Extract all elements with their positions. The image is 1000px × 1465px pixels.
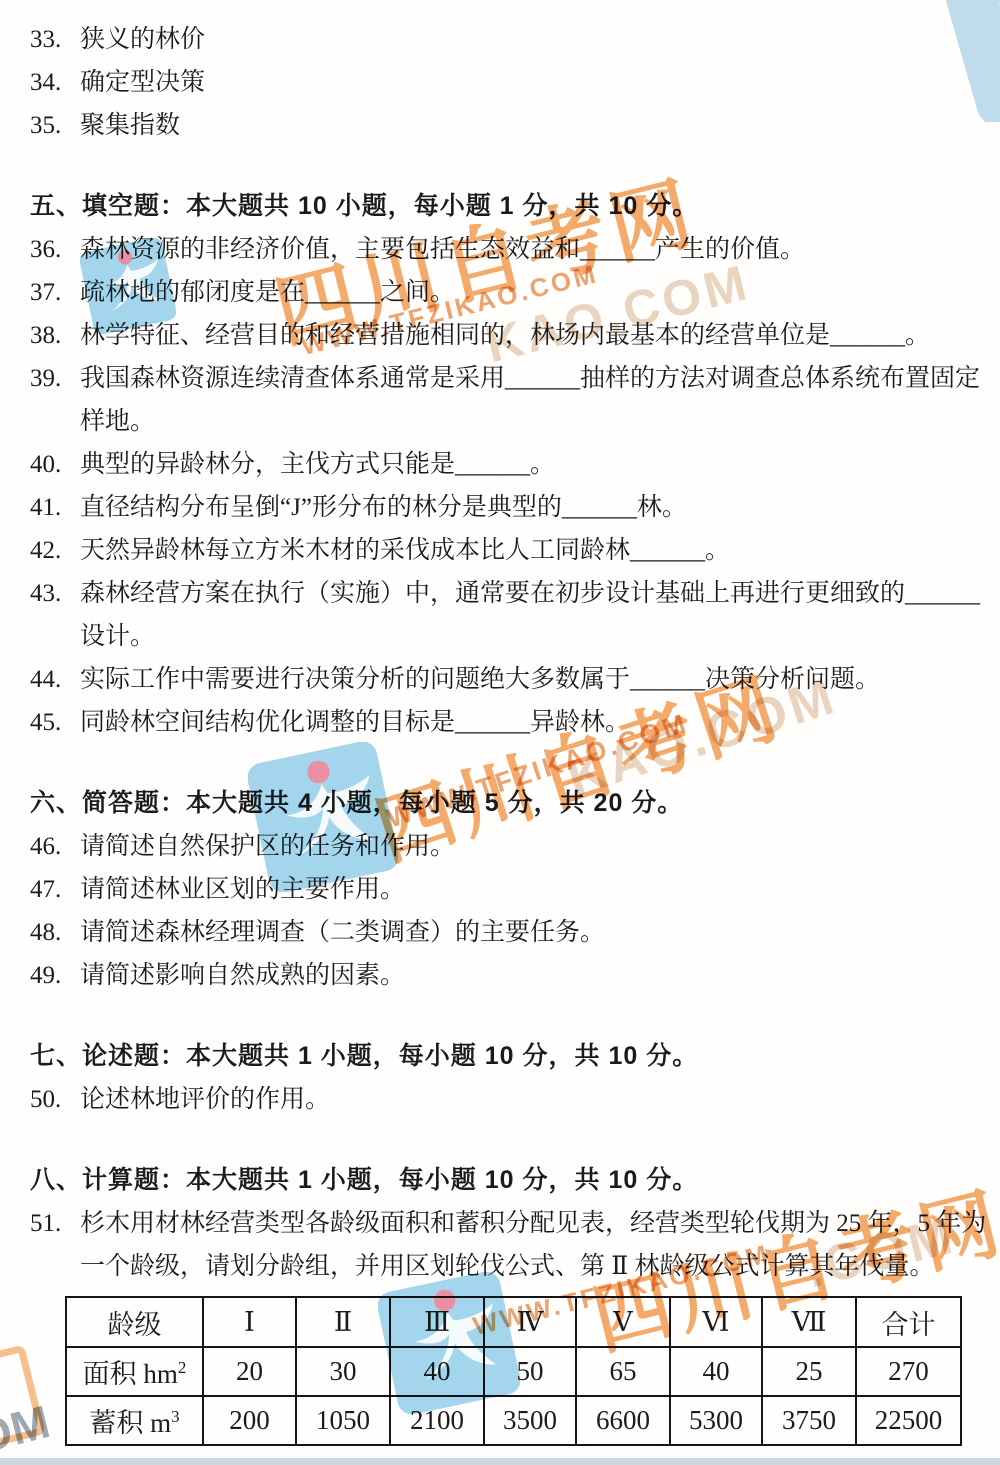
question-line: 设计。 [30,615,990,658]
section-header: 五、填空题：本大题共 10 小题，每小题 1 分，共 10 分。 [30,185,990,228]
line-text: 实际工作中需要进行决策分析的问题绝大多数属于______决策分析问题。 [80,658,990,701]
line-text: 论述林地评价的作用。 [80,1078,990,1121]
line-text: 狭义的林价 [80,18,990,61]
section-header: 八、计算题：本大题共 1 小题，每小题 10 分，共 10 分。 [30,1159,990,1202]
question-line: 48.请简述森林经理调查（二类调查）的主要任务。 [30,911,990,954]
question-line: 33.狭义的林价 [30,18,990,61]
section-header: 七、论述题：本大题共 1 小题，每小题 10 分，共 10 分。 [30,1035,990,1078]
table-header-cell: Ⅲ [390,1297,484,1347]
section-header: 六、简答题：本大题共 4 小题，每小题 5 分，共 20 分。 [30,782,990,825]
question-number: 37. [30,271,80,314]
question-line: 45.同龄林空间结构优化调整的目标是______异龄林。 [30,701,990,744]
line-text: 样地。 [80,400,990,443]
line-text: 请简述林业区划的主要作用。 [80,868,990,911]
question-number: 46. [30,825,80,868]
question-line: 37.疏林地的郁闭度是在______之间。 [30,271,990,314]
table-header-row: 龄级ⅠⅡⅢⅣⅤⅥⅦ合计 [66,1297,961,1347]
line-text: 我国森林资源连续清查体系通常是采用______抽样的方法对调查总体系统布置固定 [80,357,990,400]
question-number: 35. [30,104,80,147]
line-text: 请简述影响自然成熟的因素。 [80,954,990,997]
question-number: 47. [30,868,80,911]
question-line: 38.林学特征、经营目的和经营措施相同的，林场内最基本的经营单位是______。 [30,314,990,357]
question-number [30,1245,80,1288]
question-line: 35.聚集指数 [30,104,990,147]
question-number: 44. [30,658,80,701]
question-line: 46.请简述自然保护区的任务和作用。 [30,825,990,868]
question-number: 51. [30,1202,80,1245]
question-number: 49. [30,954,80,997]
line-text: 一个龄级，请划分龄组，并用区划轮伐公式、第 Ⅱ 林龄级公式计算其年伐量。 [80,1245,990,1288]
question-line: 49.请简述影响自然成熟的因素。 [30,954,990,997]
question-line: 39.我国森林资源连续清查体系通常是采用______抽样的方法对调查总体系统布置… [30,357,990,400]
value-cell: 5300 [670,1396,762,1445]
question-number: 36. [30,228,80,271]
value-cell: 270 [856,1347,961,1396]
line-text: 请简述森林经理调查（二类调查）的主要任务。 [80,911,990,954]
question-line: 36.森林资源的非经济价值，主要包括生态效益和______产生的价值。 [30,228,990,271]
table-header-cell: 合计 [856,1297,961,1347]
question-line: 样地。 [30,400,990,443]
line-text: 六、简答题：本大题共 4 小题，每小题 5 分，共 20 分。 [30,782,990,825]
document-lines: 33.狭义的林价34.确定型决策35.聚集指数五、填空题：本大题共 10 小题，… [30,18,990,1446]
question-number: 40. [30,443,80,486]
line-text: 直径结构分布呈倒“J”形分布的林分是典型的______林。 [80,486,990,529]
table-row: 蓄积 m320010502100350066005300375022500 [66,1396,961,1445]
value-cell: 3750 [762,1396,856,1445]
line-text: 请简述自然保护区的任务和作用。 [80,825,990,868]
question-line: 51.杉木用材林经营类型各龄级面积和蓄积分配见表，经营类型轮伐期为 25 年，5… [30,1202,990,1245]
table-header-cell: Ⅱ [296,1297,390,1347]
value-cell: 6600 [576,1396,670,1445]
question-number: 34. [30,61,80,104]
line-text: 典型的异龄林分，主伐方式只能是______。 [80,443,990,486]
table-header-cell: Ⅶ [762,1297,856,1347]
table-header-cell: Ⅰ [203,1297,296,1347]
line-text: 森林资源的非经济价值，主要包括生态效益和______产生的价值。 [80,228,990,271]
table-body: 面积 hm220304050654025270蓄积 m3200105021003… [66,1347,961,1445]
question-line: 43.森林经营方案在执行（实施）中，通常要在初步设计基础上再进行更细致的____… [30,572,990,615]
question-number: 41. [30,486,80,529]
value-cell: 2100 [390,1396,484,1445]
question-line: 42.天然异龄林每立方米木材的采伐成本比人工同龄林______。 [30,529,990,572]
line-text: 确定型决策 [80,61,990,104]
value-cell: 200 [203,1396,296,1445]
question-line: 44.实际工作中需要进行决策分析的问题绝大多数属于______决策分析问题。 [30,658,990,701]
line-text: 林学特征、经营目的和经营措施相同的，林场内最基本的经营单位是______。 [80,314,990,357]
question-line: 一个龄级，请划分龄组，并用区划轮伐公式、第 Ⅱ 林龄级公式计算其年伐量。 [30,1245,990,1288]
row-label-cell: 面积 hm2 [66,1347,203,1396]
bottom-edge-strip [0,1458,1000,1465]
value-cell: 50 [484,1347,576,1396]
exam-paper-page: 33.狭义的林价34.确定型决策35.聚集指数五、填空题：本大题共 10 小题，… [0,0,1000,1465]
question-line: 41.直径结构分布呈倒“J”形分布的林分是典型的______林。 [30,486,990,529]
value-cell: 20 [203,1347,296,1396]
question-number: 33. [30,18,80,61]
line-text: 杉木用材林经营类型各龄级面积和蓄积分配见表，经营类型轮伐期为 25 年，5 年为 [80,1202,990,1245]
question-line: 47.请简述林业区划的主要作用。 [30,868,990,911]
row-label-cell: 蓄积 m3 [66,1396,203,1445]
line-text: 森林经营方案在执行（实施）中，通常要在初步设计基础上再进行更细致的______ [80,572,990,615]
question-line: 34.确定型决策 [30,61,990,104]
table-header-cell: Ⅵ [670,1297,762,1347]
age-class-table: 龄级ⅠⅡⅢⅣⅤⅥⅦ合计 面积 hm220304050654025270蓄积 m3… [65,1296,962,1446]
question-line: 40.典型的异龄林分，主伐方式只能是______。 [30,443,990,486]
line-text: 八、计算题：本大题共 1 小题，每小题 10 分，共 10 分。 [30,1159,990,1202]
value-cell: 30 [296,1347,390,1396]
value-cell: 65 [576,1347,670,1396]
line-text: 五、填空题：本大题共 10 小题，每小题 1 分，共 10 分。 [30,185,990,228]
line-text: 天然异龄林每立方米木材的采伐成本比人工同龄林______。 [80,529,990,572]
question-number: 38. [30,314,80,357]
question-number: 48. [30,911,80,954]
line-text: 设计。 [80,615,990,658]
table-header-cell: Ⅳ [484,1297,576,1347]
value-cell: 40 [670,1347,762,1396]
value-cell: 3500 [484,1396,576,1445]
question-number [30,615,80,658]
table-header-cell: 龄级 [66,1297,203,1347]
value-cell: 1050 [296,1396,390,1445]
question-number [30,400,80,443]
line-text: 七、论述题：本大题共 1 小题，每小题 10 分，共 10 分。 [30,1035,990,1078]
table-row: 面积 hm220304050654025270 [66,1347,961,1396]
value-cell: 40 [390,1347,484,1396]
question-number: 45. [30,701,80,744]
question-line: 50.论述林地评价的作用。 [30,1078,990,1121]
question-number: 43. [30,572,80,615]
value-cell: 25 [762,1347,856,1396]
value-cell: 22500 [856,1396,961,1445]
question-number: 50. [30,1078,80,1121]
line-text: 同龄林空间结构优化调整的目标是______异龄林。 [80,701,990,744]
question-number: 39. [30,357,80,400]
question-number: 42. [30,529,80,572]
line-text: 疏林地的郁闭度是在______之间。 [80,271,990,314]
line-text: 聚集指数 [80,104,990,147]
table-header-cell: Ⅴ [576,1297,670,1347]
